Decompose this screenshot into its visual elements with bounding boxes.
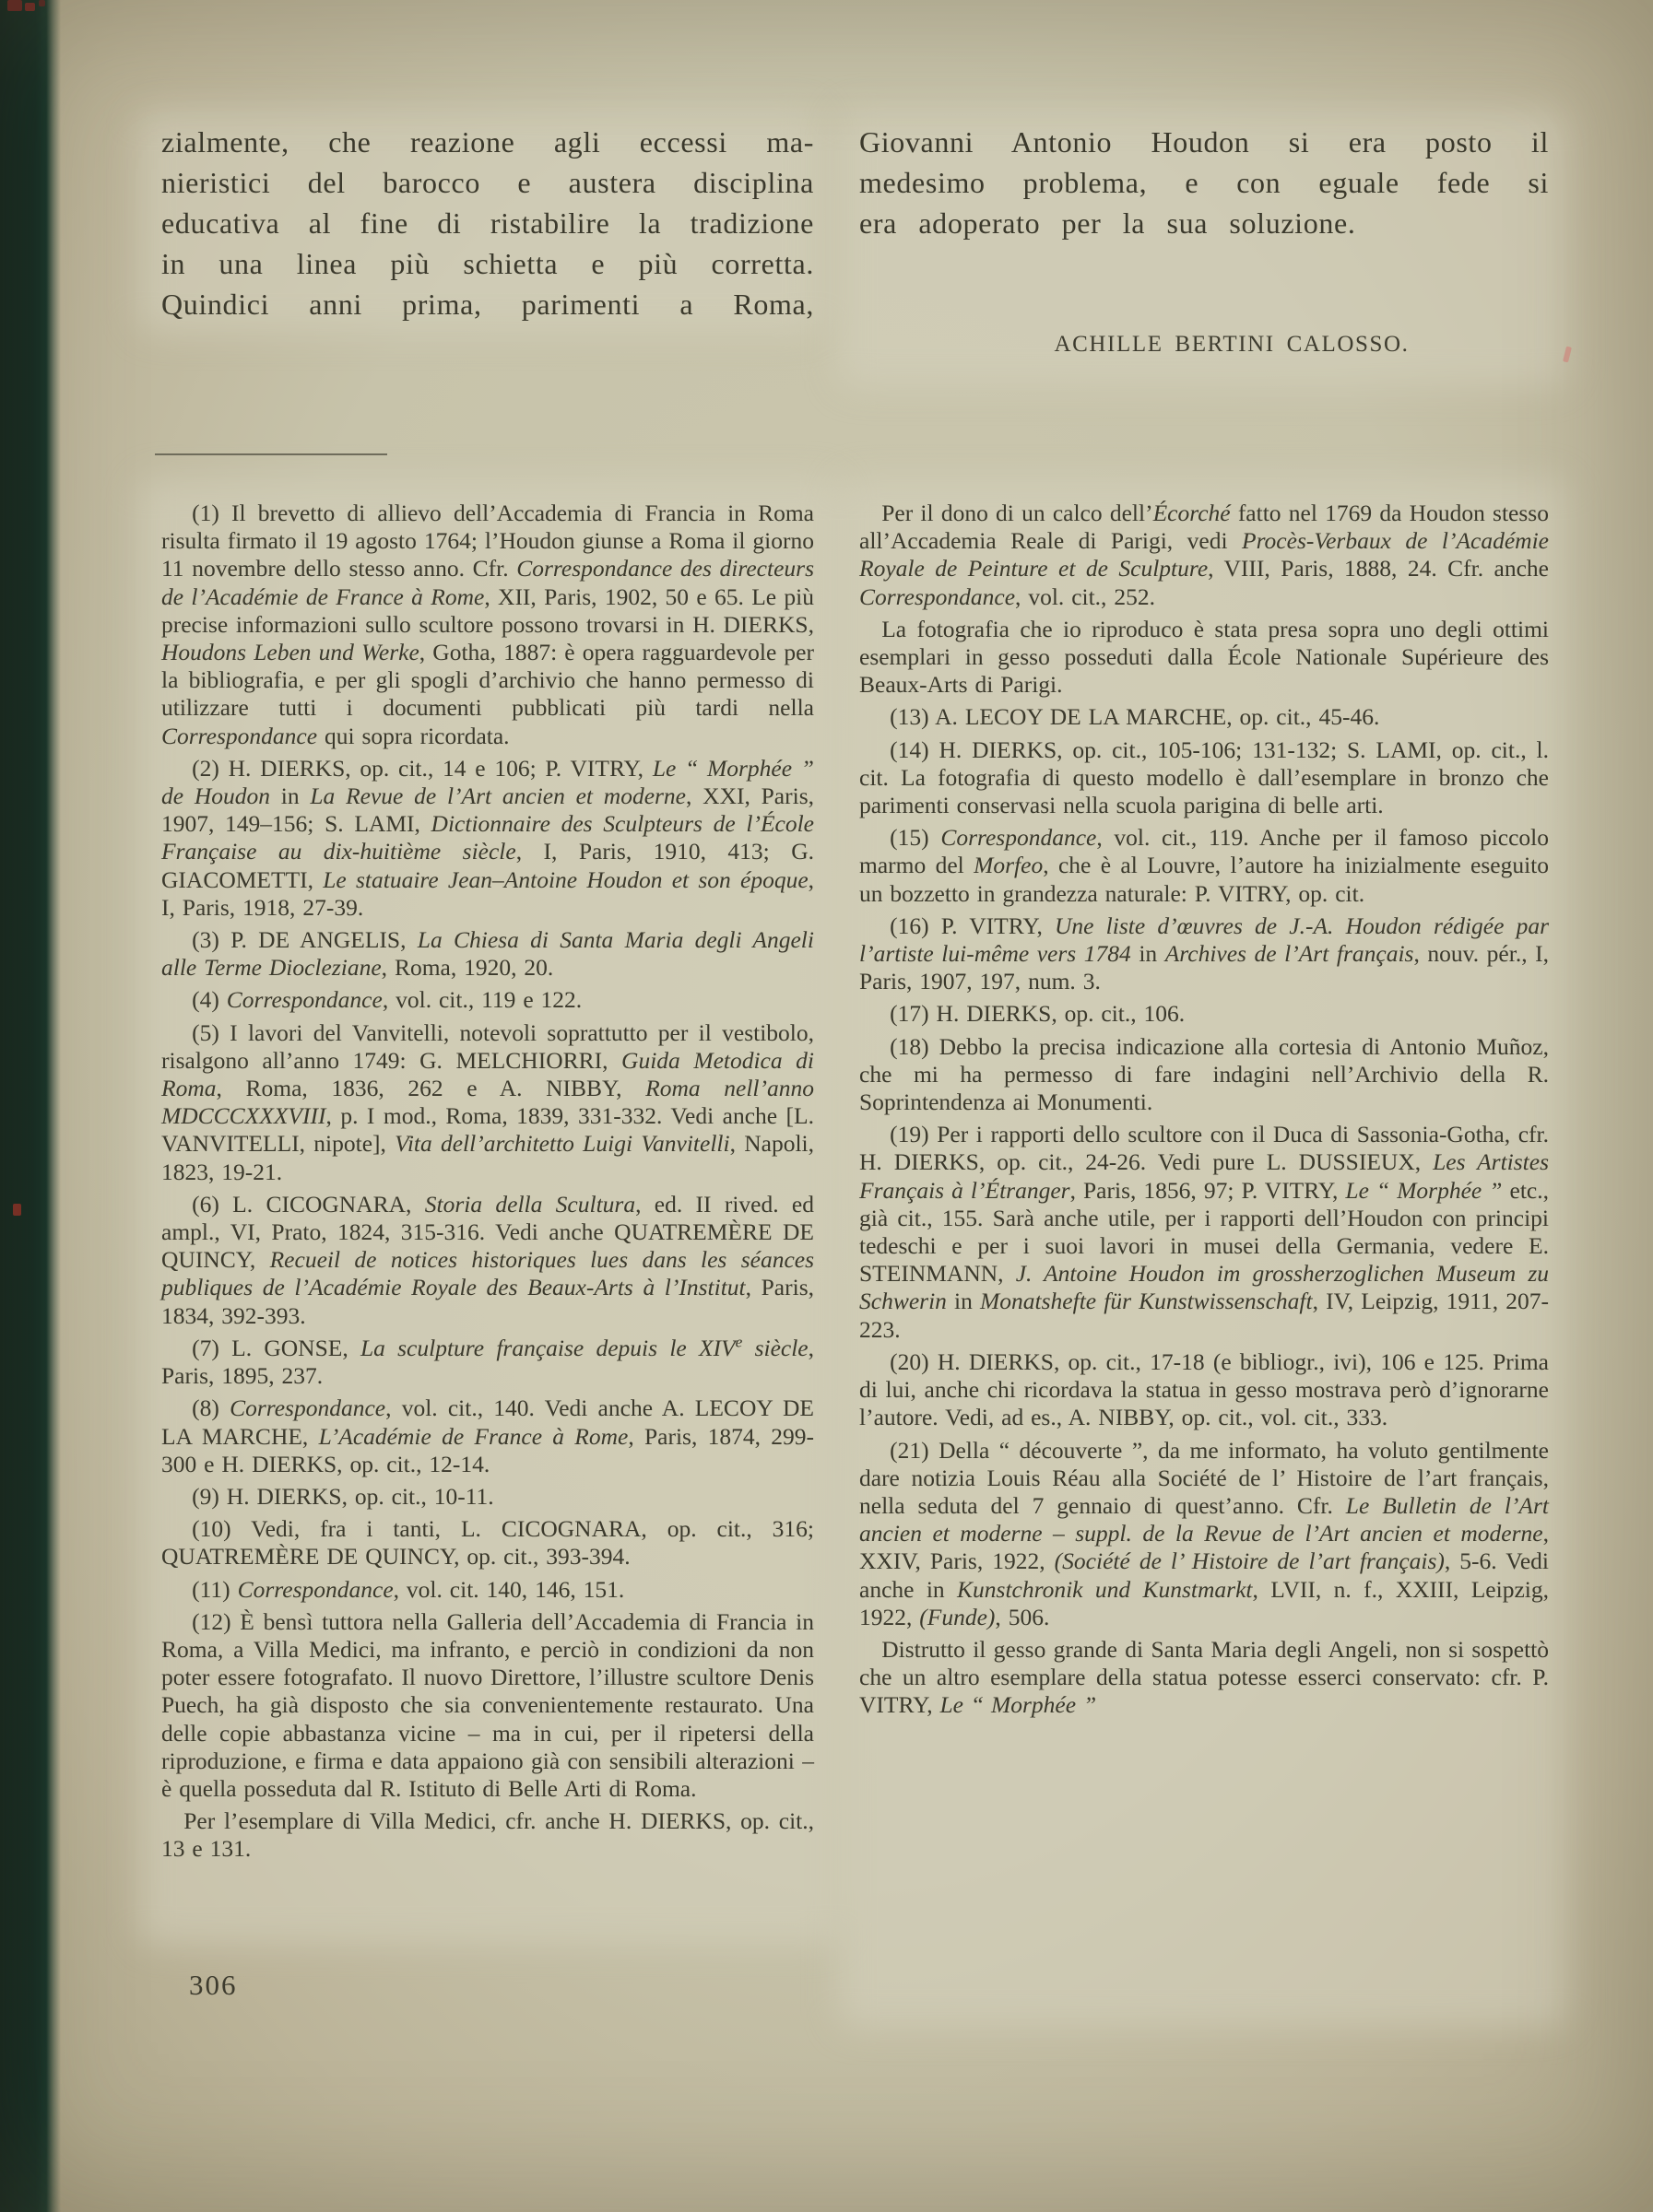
footnote: (20) H. DIERKS, op. cit., 17-18 (e bibli… xyxy=(859,1348,1549,1432)
footnote-title-segment: Correspondance xyxy=(859,583,1015,610)
footnote: (3) P. DE ANGELIS, La Chiesa di Santa Ma… xyxy=(161,926,814,982)
footnotes-column-right: Per il dono di un calco dell’Écorché fat… xyxy=(859,500,1549,1724)
footnote-title-segment: L’Académie de France à Rome xyxy=(319,1423,629,1450)
footnote-title-segment: La Revue de l’Art ancien et moderne xyxy=(310,782,686,809)
scan-speck xyxy=(39,0,45,6)
footnote-title-segment: Correspondance xyxy=(227,986,383,1013)
text-line: educativa al fine di ristabilire la trad… xyxy=(161,203,814,243)
footnote: (5) I lavori del Vanvitelli, notevoli so… xyxy=(161,1019,814,1186)
footnote: (14) H. DIERKS, op. cit., 105-106; 131-1… xyxy=(859,736,1549,820)
footnote-title-segment: Vita dell’architetto Luigi Vanvitelli xyxy=(395,1130,729,1157)
scan-speck xyxy=(25,3,35,11)
main-paragraph-right: Giovanni Antonio Houdon si era posto ilm… xyxy=(859,122,1549,358)
footnote-title-segment: Kunstchronik und Kunstmarkt xyxy=(957,1576,1252,1603)
footnote: (7) L. GONSE, La sculpture française dep… xyxy=(161,1335,814,1390)
main-paragraph-left: zialmente, che reazione agli eccessi ma-… xyxy=(161,122,814,324)
footnote-title-segment: Le “ Morphée ” xyxy=(940,1691,1097,1718)
footnote: (2) H. DIERKS, op. cit., 14 e 106; P. VI… xyxy=(161,755,814,922)
footnote-title-segment: Correspondance xyxy=(230,1394,385,1421)
text-line: nieristici del barocco e austera discipl… xyxy=(161,162,814,203)
footnote-title-segment: Le statuaire Jean–Antoine Houdon et son … xyxy=(323,866,808,893)
footnote: (8) Correspondance, vol. cit., 140. Vedi… xyxy=(161,1394,814,1478)
footnote-title-segment: Correspondance xyxy=(161,723,317,749)
footnote: (13) A. LECOY DE LA MARCHE, op. cit., 45… xyxy=(859,703,1549,731)
footnote-title-segment: Correspondance xyxy=(238,1576,394,1603)
scanner-edge-band xyxy=(0,0,61,2212)
main-paragraph-right-lines: Giovanni Antonio Houdon si era posto ilm… xyxy=(859,122,1549,243)
text-line: era adoperato per la sua soluzione. xyxy=(859,203,1549,243)
footnote-title-segment: Recueil de notices historiques lues dans… xyxy=(161,1246,814,1300)
footnote: (10) Vedi, fra i tanti, L. CICOGNARA, op… xyxy=(161,1515,814,1571)
footnote: (18) Debbo la precisa indicazione alla c… xyxy=(859,1033,1549,1117)
footnote: (6) L. CICOGNARA, Storia della Scultura,… xyxy=(161,1191,814,1330)
scan-speck xyxy=(13,1204,21,1216)
page-number: 306 xyxy=(189,1969,238,2002)
footnote-title-segment: Correspondance des directeurs de l’Acadé… xyxy=(161,555,814,609)
footnote-title-segment: Le Bulletin de l’Art ancien et moderne –… xyxy=(859,1492,1549,1547)
footnote-title-segment: Le “ Morphée ” xyxy=(1345,1177,1502,1204)
footnote: (17) H. DIERKS, op. cit., 106. xyxy=(859,1000,1549,1028)
footnote-separator xyxy=(155,453,387,455)
footnote-title-segment: Archives de l’Art français xyxy=(1165,940,1414,967)
footnote-title-segment: (Société de l’ Histoire de l’art françai… xyxy=(1055,1547,1445,1574)
author-signature: ACHILLE BERTINI CALOSSO. xyxy=(859,332,1549,358)
footnote: (4) Correspondance, vol. cit., 119 e 122… xyxy=(161,986,814,1014)
footnote-title-segment: Storia della Scultura xyxy=(425,1191,635,1218)
footnote-title-segment: Procès-Verbaux de l’Académie Royale de P… xyxy=(859,527,1549,582)
footnote: (15) Correspondance, vol. cit., 119. Anc… xyxy=(859,824,1549,908)
footnote: (1) Il brevetto di allievo dell’Accademi… xyxy=(161,500,814,750)
footnote-title-segment: Dictionnaire des Sculpteurs de l’École F… xyxy=(161,810,814,865)
footnote-title-segment: Écorché xyxy=(1153,500,1231,526)
footnote-title-segment: La Chiesa di Santa Maria degli Angeli al… xyxy=(161,926,814,981)
footnote: Per l’esemplare di Villa Medici, cfr. an… xyxy=(161,1807,814,1863)
footnote: (12) È bensì tuttora nella Galleria dell… xyxy=(161,1608,814,1803)
footnote-title-segment: Monatshefte für Kunstwissenschaft xyxy=(980,1288,1313,1314)
scan-speck xyxy=(7,0,22,11)
scanned-page: zialmente, che reazione agli eccessi ma-… xyxy=(0,0,1653,2212)
footnote-title-segment: La sculpture française depuis le XIV xyxy=(360,1335,736,1361)
footnote-title-segment: Morfeo xyxy=(974,852,1043,878)
footnote-title-segment: siècle xyxy=(742,1335,808,1361)
footnote: (21) Della “ découverte ”, da me informa… xyxy=(859,1437,1549,1631)
footnote: (11) Correspondance, vol. cit. 140, 146,… xyxy=(161,1576,814,1604)
text-line: in una linea più schietta e più corretta… xyxy=(161,243,814,284)
footnote: Distrutto il gesso grande di Santa Maria… xyxy=(859,1636,1549,1720)
footnote: (9) H. DIERKS, op. cit., 10-11. xyxy=(161,1483,814,1511)
footnote: La fotografia che io riproduco è stata p… xyxy=(859,616,1549,700)
footnote: (19) Per i rapporti dello scultore con i… xyxy=(859,1121,1549,1344)
footnote-title-segment: Correspondance xyxy=(940,824,1096,851)
footnote-title-segment: Houdons Leben und Werke xyxy=(161,639,419,665)
footnote: Per il dono di un calco dell’Écorché fat… xyxy=(859,500,1549,611)
text-line: Quindici anni prima, parimenti a Roma, xyxy=(161,284,814,324)
footnote-title-segment: Roma nell’anno MDCCCXXXVIII xyxy=(161,1075,814,1129)
text-line: Giovanni Antonio Houdon si era posto il xyxy=(859,122,1549,162)
footnote: (16) P. VITRY, Une liste d’œuvres de J.-… xyxy=(859,912,1549,996)
text-line: medesimo problema, e con eguale fede si xyxy=(859,162,1549,203)
footnote-title-segment: (Funde) xyxy=(919,1604,995,1630)
text-line: zialmente, che reazione agli eccessi ma- xyxy=(161,122,814,162)
footnotes-column-left: (1) Il brevetto di allievo dell’Accademi… xyxy=(161,500,814,1868)
